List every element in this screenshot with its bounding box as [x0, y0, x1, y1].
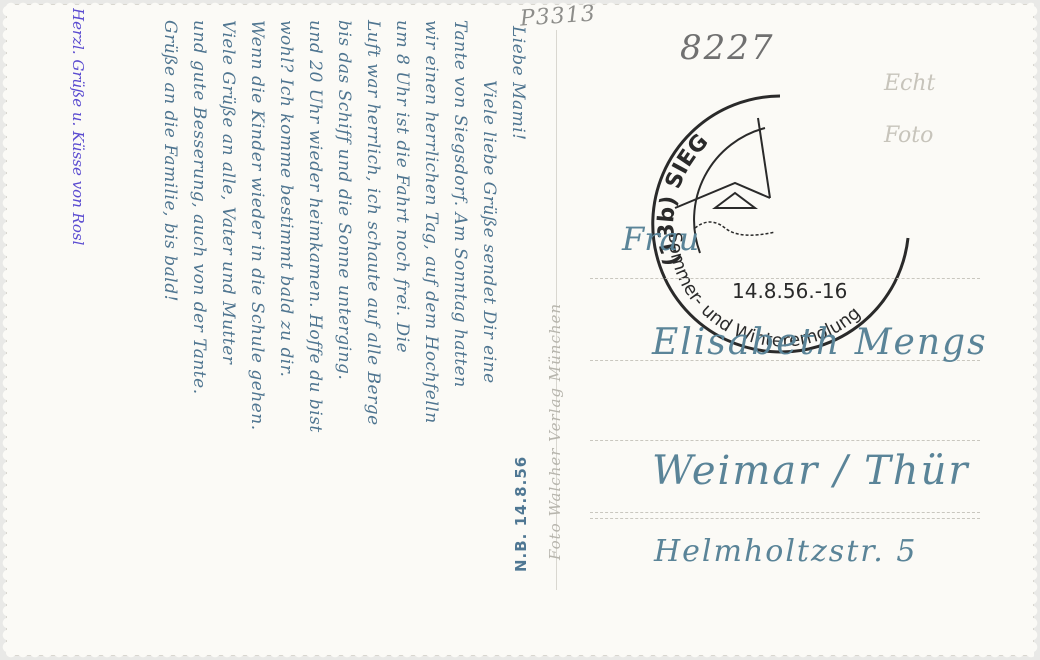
letter-line: und 20 Uhr wieder heimkamen. Hoffe du bi…: [300, 20, 329, 630]
letter-line: Wenn die Kinder wieder in die Schule geh…: [242, 20, 271, 630]
address-city: Weimar / Thür: [652, 448, 969, 494]
letter-line: bis das Schiff und die Sonne unterging.: [329, 20, 358, 630]
address-line-3: [590, 440, 980, 441]
address-line-4b: [590, 518, 980, 519]
publisher-imprint: Foto Walcher Verlag München: [546, 303, 564, 560]
letter-salutation: Liebe Mami!: [503, 20, 532, 630]
letter-line: Viele Grüße an alle, Vater und Mutter: [213, 20, 242, 630]
letter-line: um 8 Uhr ist die Fahrt noch frei. Die: [387, 20, 416, 630]
postmark-date: 14.8.56.-16: [732, 279, 847, 303]
letter-body: Liebe Mami! Viele liebe Grüße sendet Dir…: [18, 10, 538, 650]
letter-line: Grüße an die Familie, bis bald!: [155, 20, 184, 630]
deckle-edge-bottom: [6, 652, 1034, 660]
letter-line: und gute Besserung, auch von der Tante.: [184, 20, 213, 630]
violet-note: Herzl. Grüße u. Küsse von Rosl: [30, 8, 90, 648]
letter-line: Tante von Siegsdorf. Am Sonntag hatten: [445, 20, 474, 630]
address-street: Helmholtzstr. 5: [654, 534, 917, 569]
address-line-4: [590, 512, 980, 513]
address-salutation: Frau: [622, 220, 699, 258]
letter-line: wir einen herrlichen Tag, auf dem Hochfe…: [416, 20, 445, 630]
violet-note-text: Herzl. Grüße u. Küsse von Rosl: [30, 8, 90, 638]
price-code: 8227: [680, 28, 775, 68]
address-name: Elisabeth Mengs: [652, 322, 988, 363]
letter-line: Viele liebe Grüße sendet Dir eine: [474, 20, 503, 630]
letter-line: Luft war herrlich, ich schaute auf alle …: [358, 20, 387, 630]
deckle-edge-left: [0, 6, 8, 654]
deckle-edge-right: [1032, 6, 1040, 654]
letter-line: wohl? Ich komme bestimmt bald zu dir.: [271, 20, 300, 630]
address-line-1: [590, 278, 980, 279]
